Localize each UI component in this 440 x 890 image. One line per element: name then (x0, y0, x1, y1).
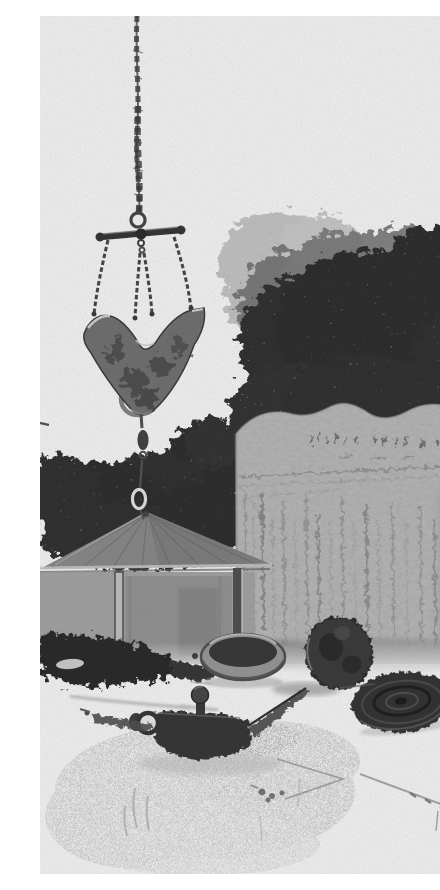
etching-illustration: Monochrome etched illustration: a bird-s… (40, 16, 440, 874)
paper-grain-overlay (40, 16, 440, 874)
etching-canvas: Monochrome etched illustration: a bird-s… (40, 16, 440, 874)
